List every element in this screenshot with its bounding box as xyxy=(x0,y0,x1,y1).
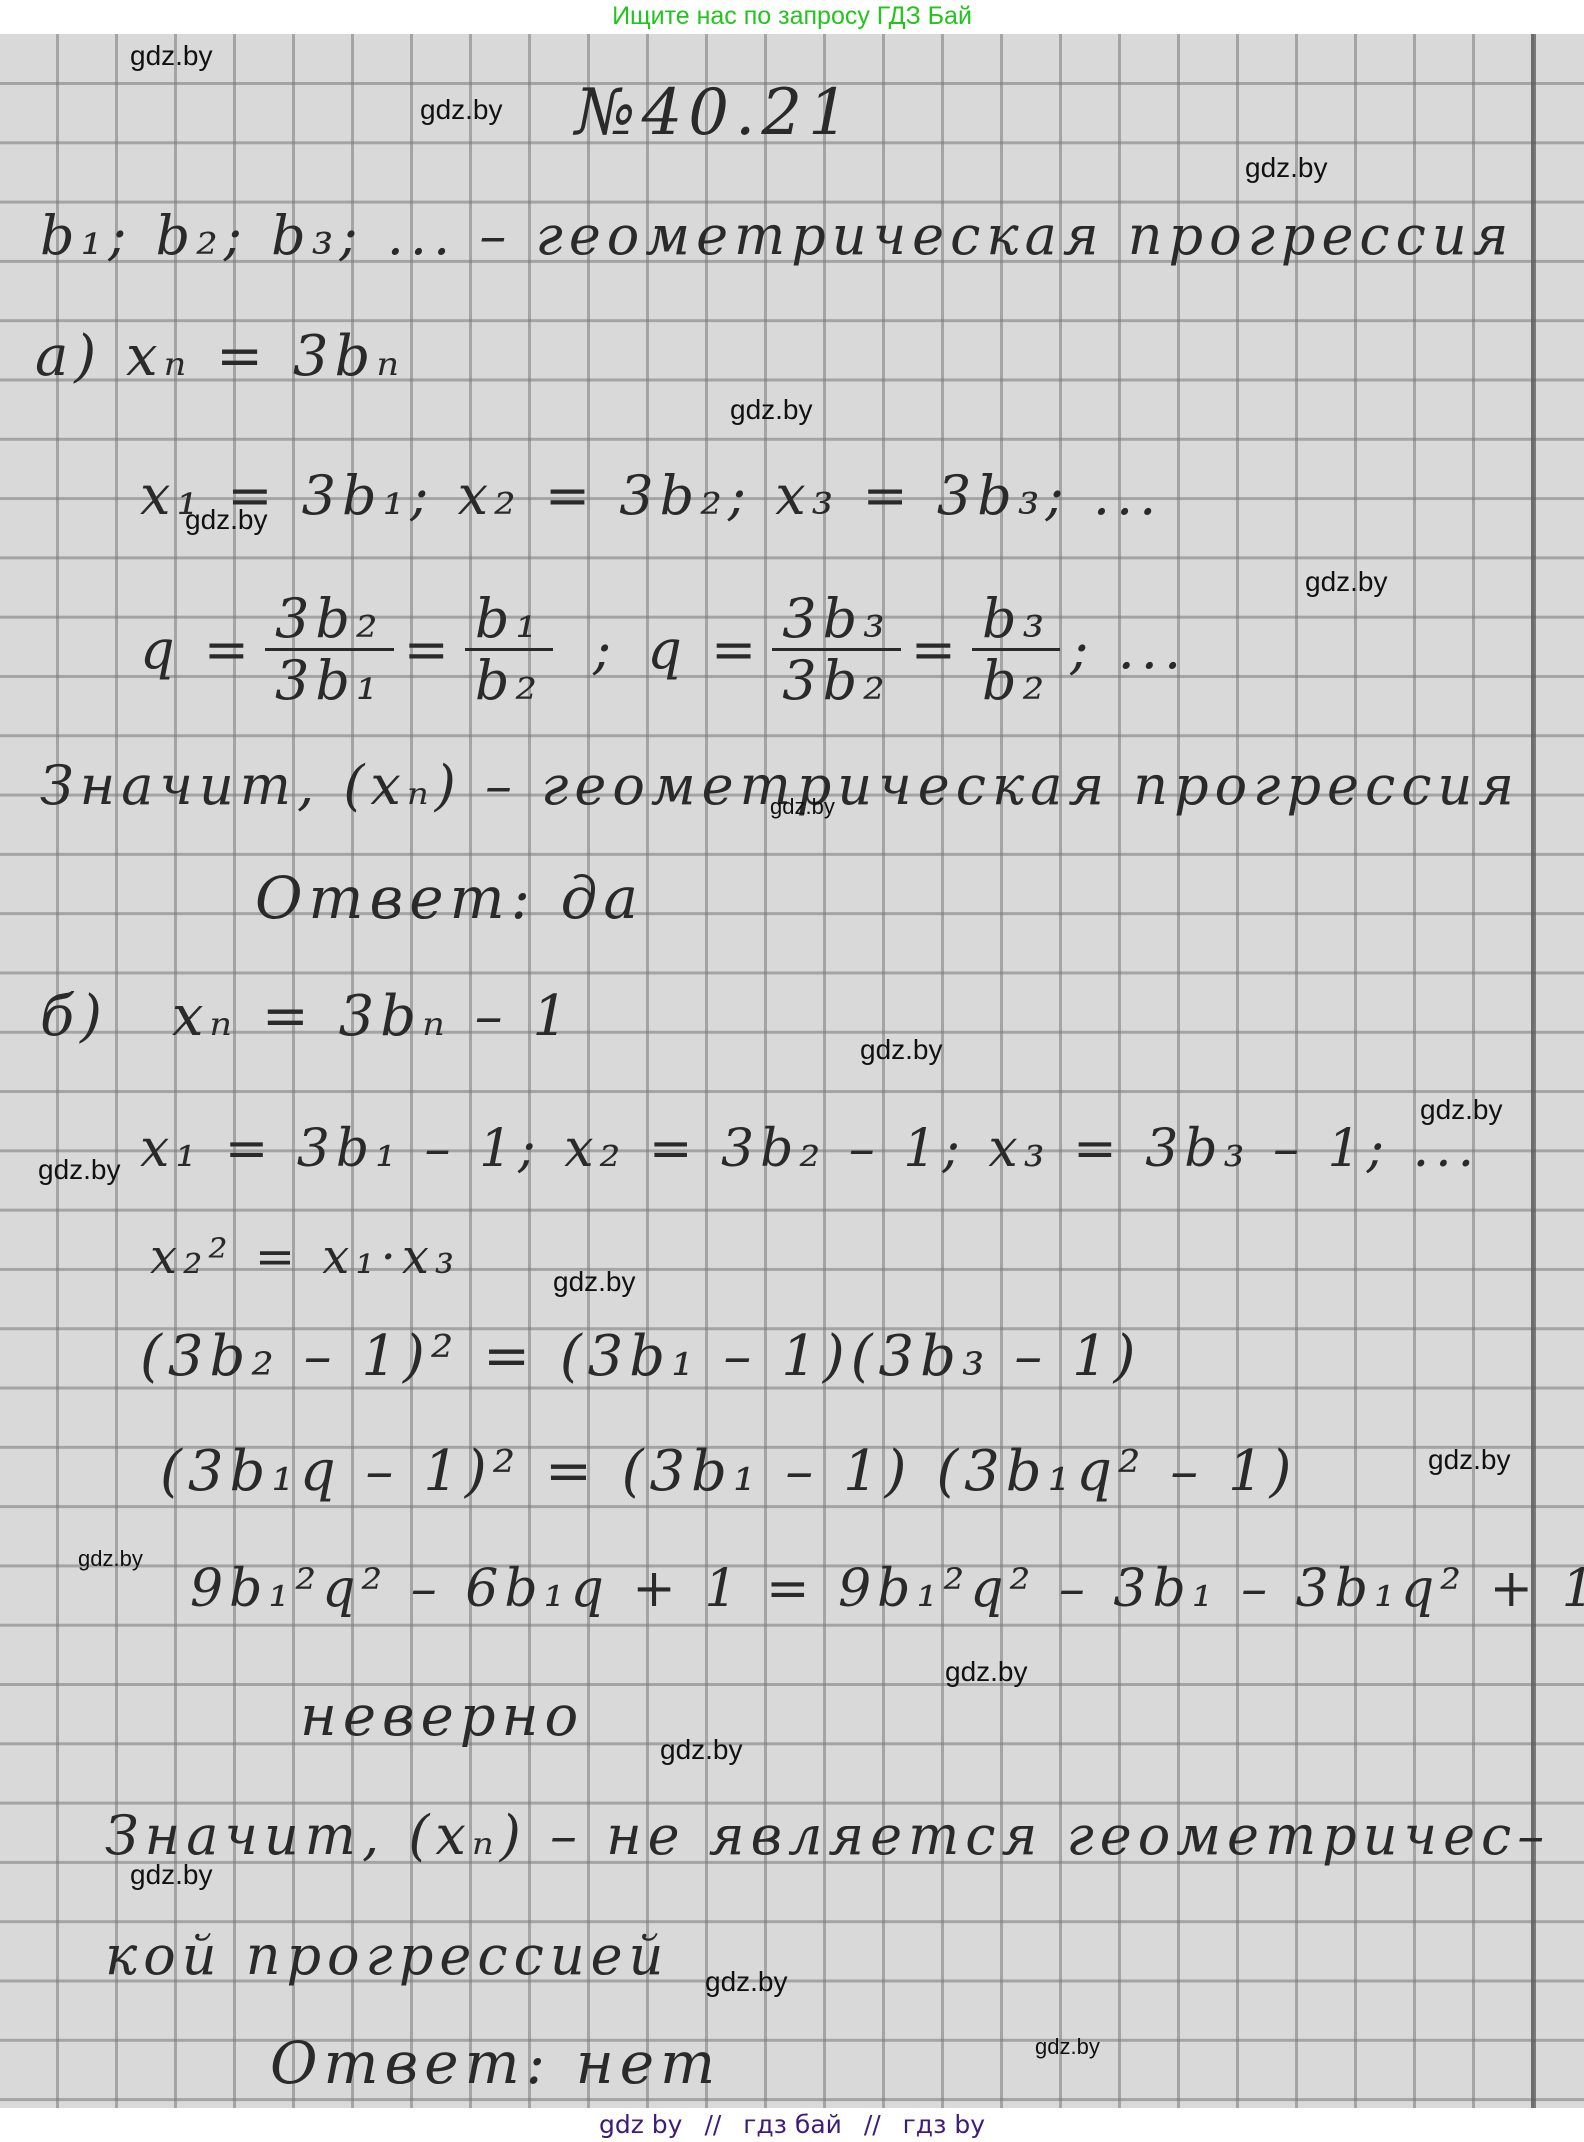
watermark: gdz.by xyxy=(1420,1094,1503,1126)
watermark: gdz.by xyxy=(1035,2034,1100,2060)
part-b-answer: Ответ: нет xyxy=(270,2029,721,2097)
watermark: gdz.by xyxy=(1428,1444,1511,1476)
part-b-conclusion-line-2: кой прогрессией xyxy=(105,1924,669,1987)
watermark: gdz.by xyxy=(38,1154,121,1186)
watermark: gdz.by xyxy=(78,1546,143,1572)
problem-number: №40.21 xyxy=(575,76,855,150)
part-b-condition: x₂² = x₁·x₃ xyxy=(150,1229,460,1285)
part-b-formula: б) xₙ = 3bₙ – 1 xyxy=(40,984,574,1049)
part-a-terms: x₁ = 3b₁; x₂ = 3b₂; x₃ = 3b₃; ... xyxy=(140,464,1162,527)
footer-links: gdz by // гдз бай // гдз by xyxy=(0,2108,1584,2142)
footer-link-gdz-bai[interactable]: гдз бай xyxy=(743,2110,842,2139)
watermark: gdz.by xyxy=(553,1266,636,1298)
part-b-step-3: 9b₁²q² – 6b₁q + 1 = 9b₁²q² – 3b₁ – 3b₁q²… xyxy=(190,1559,1584,1619)
part-b-terms: x₁ = 3b₁ – 1; x₂ = 3b₂ – 1; x₃ = 3b₃ – 1… xyxy=(140,1119,1480,1179)
ratio-2-fraction-a: 3b₃ 3b₂ xyxy=(772,589,901,711)
ratio-1-fraction-b: b₁ b₂ xyxy=(465,589,553,711)
part-b-step-2: (3b₁q – 1)² = (3b₁ – 1) (3b₁q² – 1) xyxy=(160,1439,1297,1504)
watermark: gdz.by xyxy=(945,1656,1028,1688)
watermark: gdz.by xyxy=(130,1859,213,1891)
watermark: gdz.by xyxy=(860,1034,943,1066)
margin-line xyxy=(1531,34,1536,2108)
watermark: gdz.by xyxy=(770,794,835,820)
part-b-step-1: (3b₂ – 1)² = (3b₁ – 1)(3b₃ – 1) xyxy=(140,1324,1142,1389)
ratio-2-lhs: q = xyxy=(647,618,762,681)
part-b-label: б) xyxy=(40,984,108,1049)
part-a-label: а) xyxy=(35,324,102,389)
part-a-ratios: q = 3b₂ 3b₁ = b₁ b₂ ; q = 3b₃ 3b₂ = b₃ b… xyxy=(140,589,1187,711)
notebook-page: №40.21 b₁; b₂; b₃; ... – геометрическая … xyxy=(0,34,1584,2108)
footer-link-gdz-by[interactable]: gdz by xyxy=(599,2110,682,2139)
part-a-definition: xₙ = 3bₙ xyxy=(126,324,405,389)
footer-separator: // xyxy=(864,2110,881,2139)
footer-link-gdz-by-cyr[interactable]: гдз by xyxy=(903,2110,985,2139)
part-a-formula: а) xₙ = 3bₙ xyxy=(35,324,405,389)
search-banner: Ищите нас по запросу ГДЗ Бай xyxy=(0,0,1584,34)
watermark: gdz.by xyxy=(730,394,813,426)
watermark: gdz.by xyxy=(660,1734,743,1766)
footer-separator: // xyxy=(704,2110,721,2139)
part-b-definition: xₙ = 3bₙ – 1 xyxy=(172,984,574,1049)
ratio-1-lhs: q = xyxy=(140,618,255,681)
intro-statement: b₁; b₂; b₃; ... – геометрическая прогрес… xyxy=(40,204,1514,267)
watermark: gdz.by xyxy=(1305,566,1388,598)
part-b-conclusion-line-1: Значит, (xₙ) – не является геометричес– xyxy=(105,1804,1550,1867)
watermark: gdz.by xyxy=(1245,152,1328,184)
part-b-verdict: неверно xyxy=(300,1684,584,1749)
ratio-1-fraction-a: 3b₂ 3b₁ xyxy=(265,589,394,711)
watermark: gdz.by xyxy=(420,94,503,126)
watermark: gdz.by xyxy=(705,1966,788,1998)
part-a-answer: Ответ: да xyxy=(255,864,644,932)
watermark: gdz.by xyxy=(130,40,213,72)
ratio-2-fraction-b: b₃ b₂ xyxy=(972,589,1060,711)
watermark: gdz.by xyxy=(185,504,268,536)
